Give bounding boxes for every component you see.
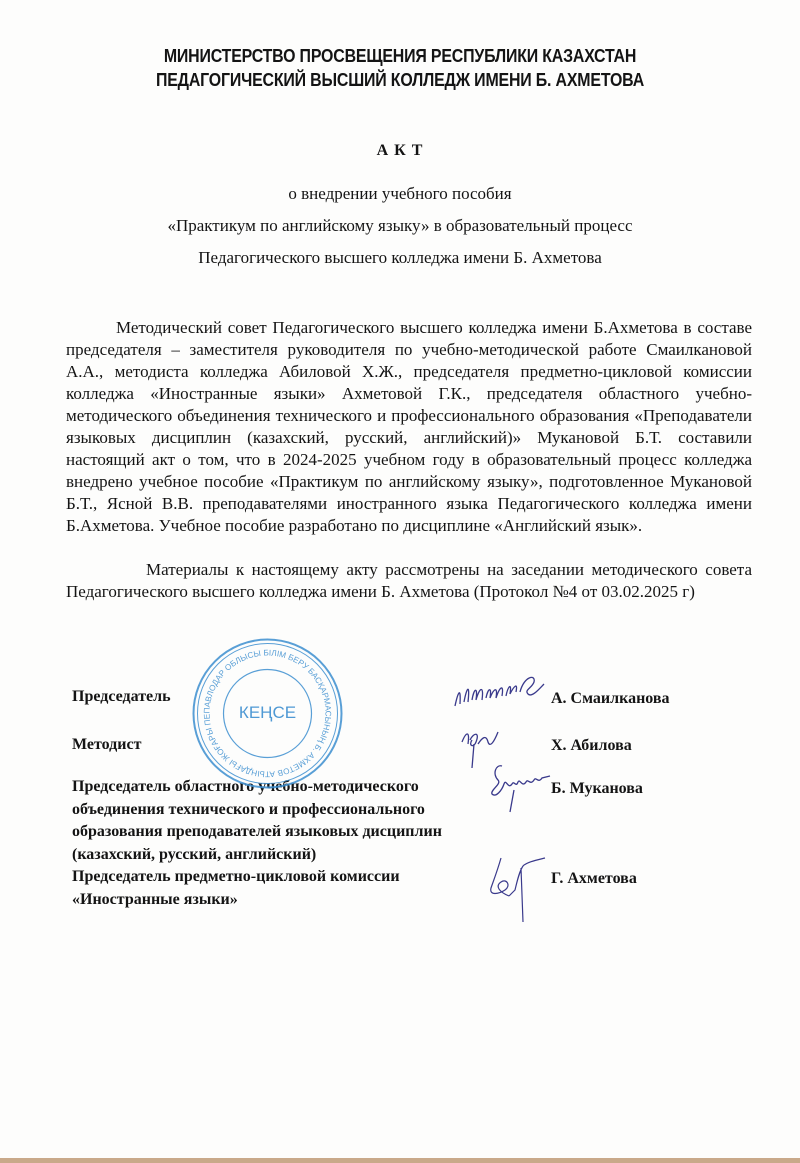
signatory-name-methodist: Х. Абилова [551, 735, 632, 757]
document-subtitle: о внедрении учебного пособия «Практикум … [0, 178, 800, 274]
signatory-role-methodist: Методист [72, 734, 141, 757]
official-stamp-icon: ПАВЛОДАР ОБЛЫСЫ БІЛІМ БЕРУ БАСҚАРМАСЫНЫҢ… [190, 636, 345, 791]
subtitle-line-1: о внедрении учебного пособия [0, 178, 800, 210]
svg-text:КЕҢСЕ: КЕҢСЕ [239, 703, 296, 722]
signatory-name-commission-chair: Г. Ахметова [551, 868, 637, 890]
page-bottom-edge [0, 1158, 800, 1163]
body-paragraph-1: Методический совет Педагогического высше… [66, 317, 752, 537]
college-line: ПЕДАГОГИЧЕСКИЙ ВЫСШИЙ КОЛЛЕДЖ ИМЕНИ Б. А… [56, 68, 744, 92]
signatory-name-regional-chair: Б. Муканова [551, 778, 643, 800]
signatory-role-commission-chair: Председатель предметно-цикловой комиссии… [72, 866, 400, 911]
body-paragraph-2: Материалы к настоящему акту рассмотрены … [66, 559, 752, 603]
document-body: Методический совет Педагогического высше… [66, 317, 752, 603]
signatory-role-chair: Председатель [72, 686, 171, 709]
subtitle-line-3: Педагогического высшего колледжа имени Б… [0, 242, 800, 274]
signature-smailkanova-icon [452, 672, 557, 712]
ministry-line: МИНИСТЕРСТВО ПРОСВЕЩЕНИЯ РЕСПУБЛИКИ КАЗА… [56, 44, 744, 68]
subtitle-line-2: «Практикум по английскому языку» в образ… [0, 210, 800, 242]
signature-akhmetova-icon [487, 852, 547, 924]
signatory-name-chair: А. Смаилканова [551, 688, 670, 710]
document-header: МИНИСТЕРСТВО ПРОСВЕЩЕНИЯ РЕСПУБЛИКИ КАЗА… [56, 44, 744, 92]
document-page: МИНИСТЕРСТВО ПРОСВЕЩЕНИЯ РЕСПУБЛИКИ КАЗА… [0, 0, 800, 1163]
document-title: А К Т [0, 142, 800, 160]
signature-mukanova-icon [486, 760, 556, 815]
